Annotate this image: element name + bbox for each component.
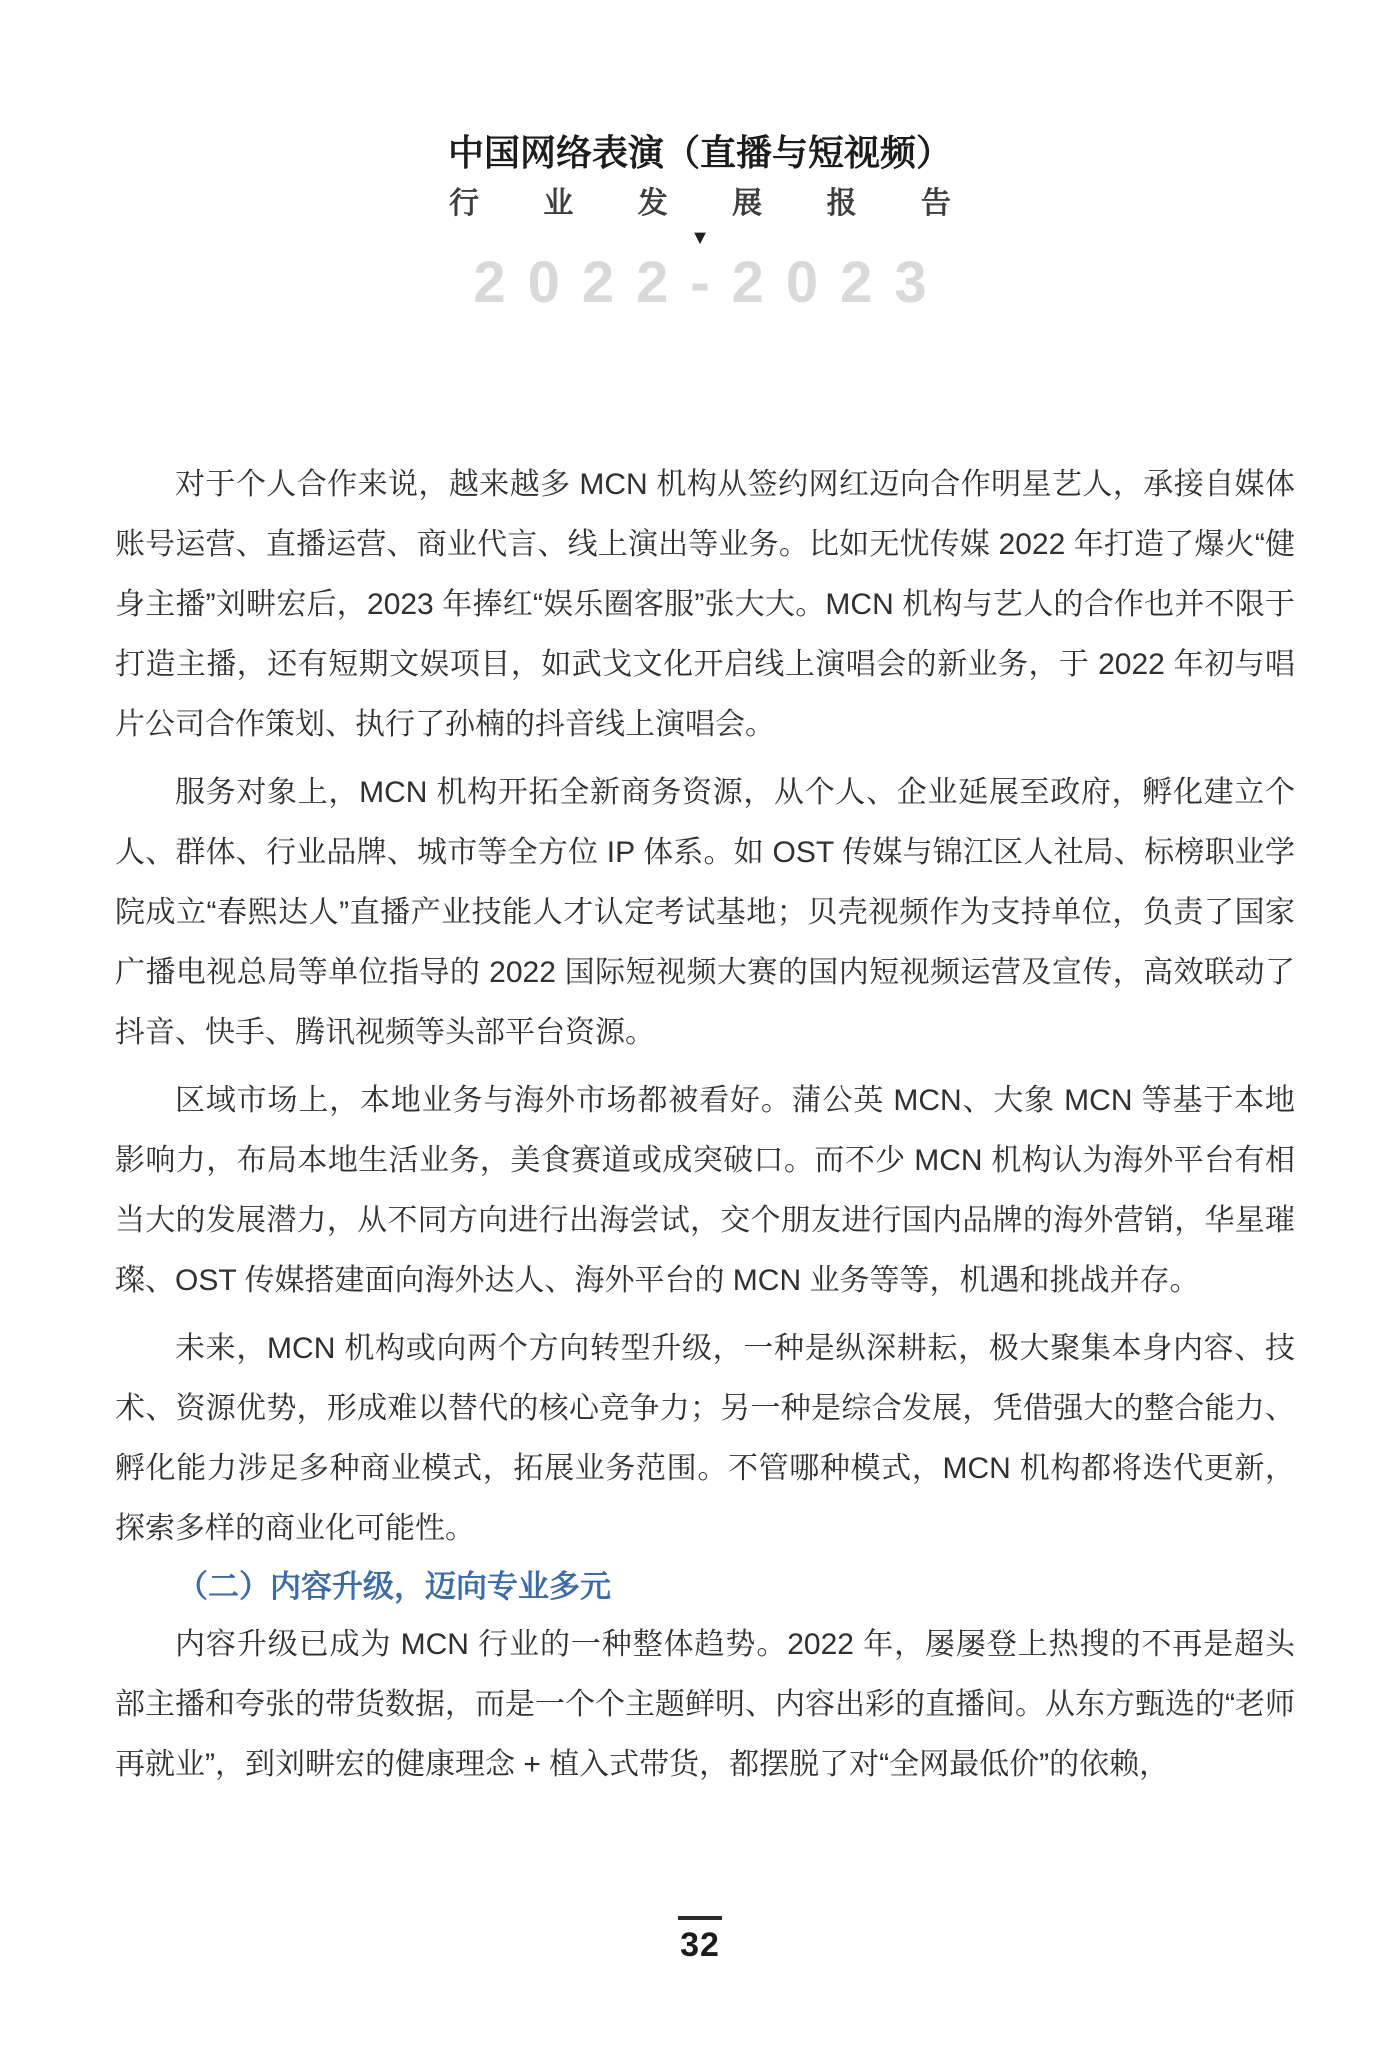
subtitle-char: 告 [921,187,951,220]
footer-rule [678,1916,722,1920]
subtitle-char: 发 [638,187,668,220]
subtitle-char: 行 [449,187,479,220]
report-header: 中国网络表演（直播与短视频） 行业发展报告 ▼ 2022-2023 [0,130,1400,312]
report-subtitle: 行业发展报告 [449,187,951,220]
paragraph: 内容升级已成为 MCN 行业的一种整体趋势。2022 年，屡屡登上热搜的不再是超… [115,1615,1295,1795]
page-number: 32 [680,1928,720,1962]
paragraph: 服务对象上，MCN 机构开拓全新商务资源，从个人、企业延展至政府，孵化建立个人、… [115,763,1295,1063]
down-triangle-icon: ▼ [690,228,710,248]
subtitle-char: 报 [827,187,857,220]
section-heading: （二）内容升级，迈向专业多元 [115,1567,1295,1607]
page-footer: 32 [0,1916,1400,1962]
report-body: 对于个人合作来说，越来越多 MCN 机构从签约网红迈向合作明星艺人，承接自媒体账… [115,455,1295,1803]
report-page: 中国网络表演（直播与短视频） 行业发展报告 ▼ 2022-2023 对于个人合作… [0,0,1400,2050]
report-title: 中国网络表演（直播与短视频） [448,130,952,177]
report-header-inner: 中国网络表演（直播与短视频） 行业发展报告 ▼ 2022-2023 [449,130,951,312]
report-years: 2022-2023 [473,254,948,312]
paragraph: 未来，MCN 机构或向两个方向转型升级，一种是纵深耕耘，极大聚集本身内容、技术、… [115,1319,1295,1559]
paragraph: 区域市场上，本地业务与海外市场都被看好。蒲公英 MCN、大象 MCN 等基于本地… [115,1071,1295,1311]
paragraph: 对于个人合作来说，越来越多 MCN 机构从签约网红迈向合作明星艺人，承接自媒体账… [115,455,1295,755]
subtitle-char: 业 [543,187,573,220]
subtitle-char: 展 [732,187,762,220]
